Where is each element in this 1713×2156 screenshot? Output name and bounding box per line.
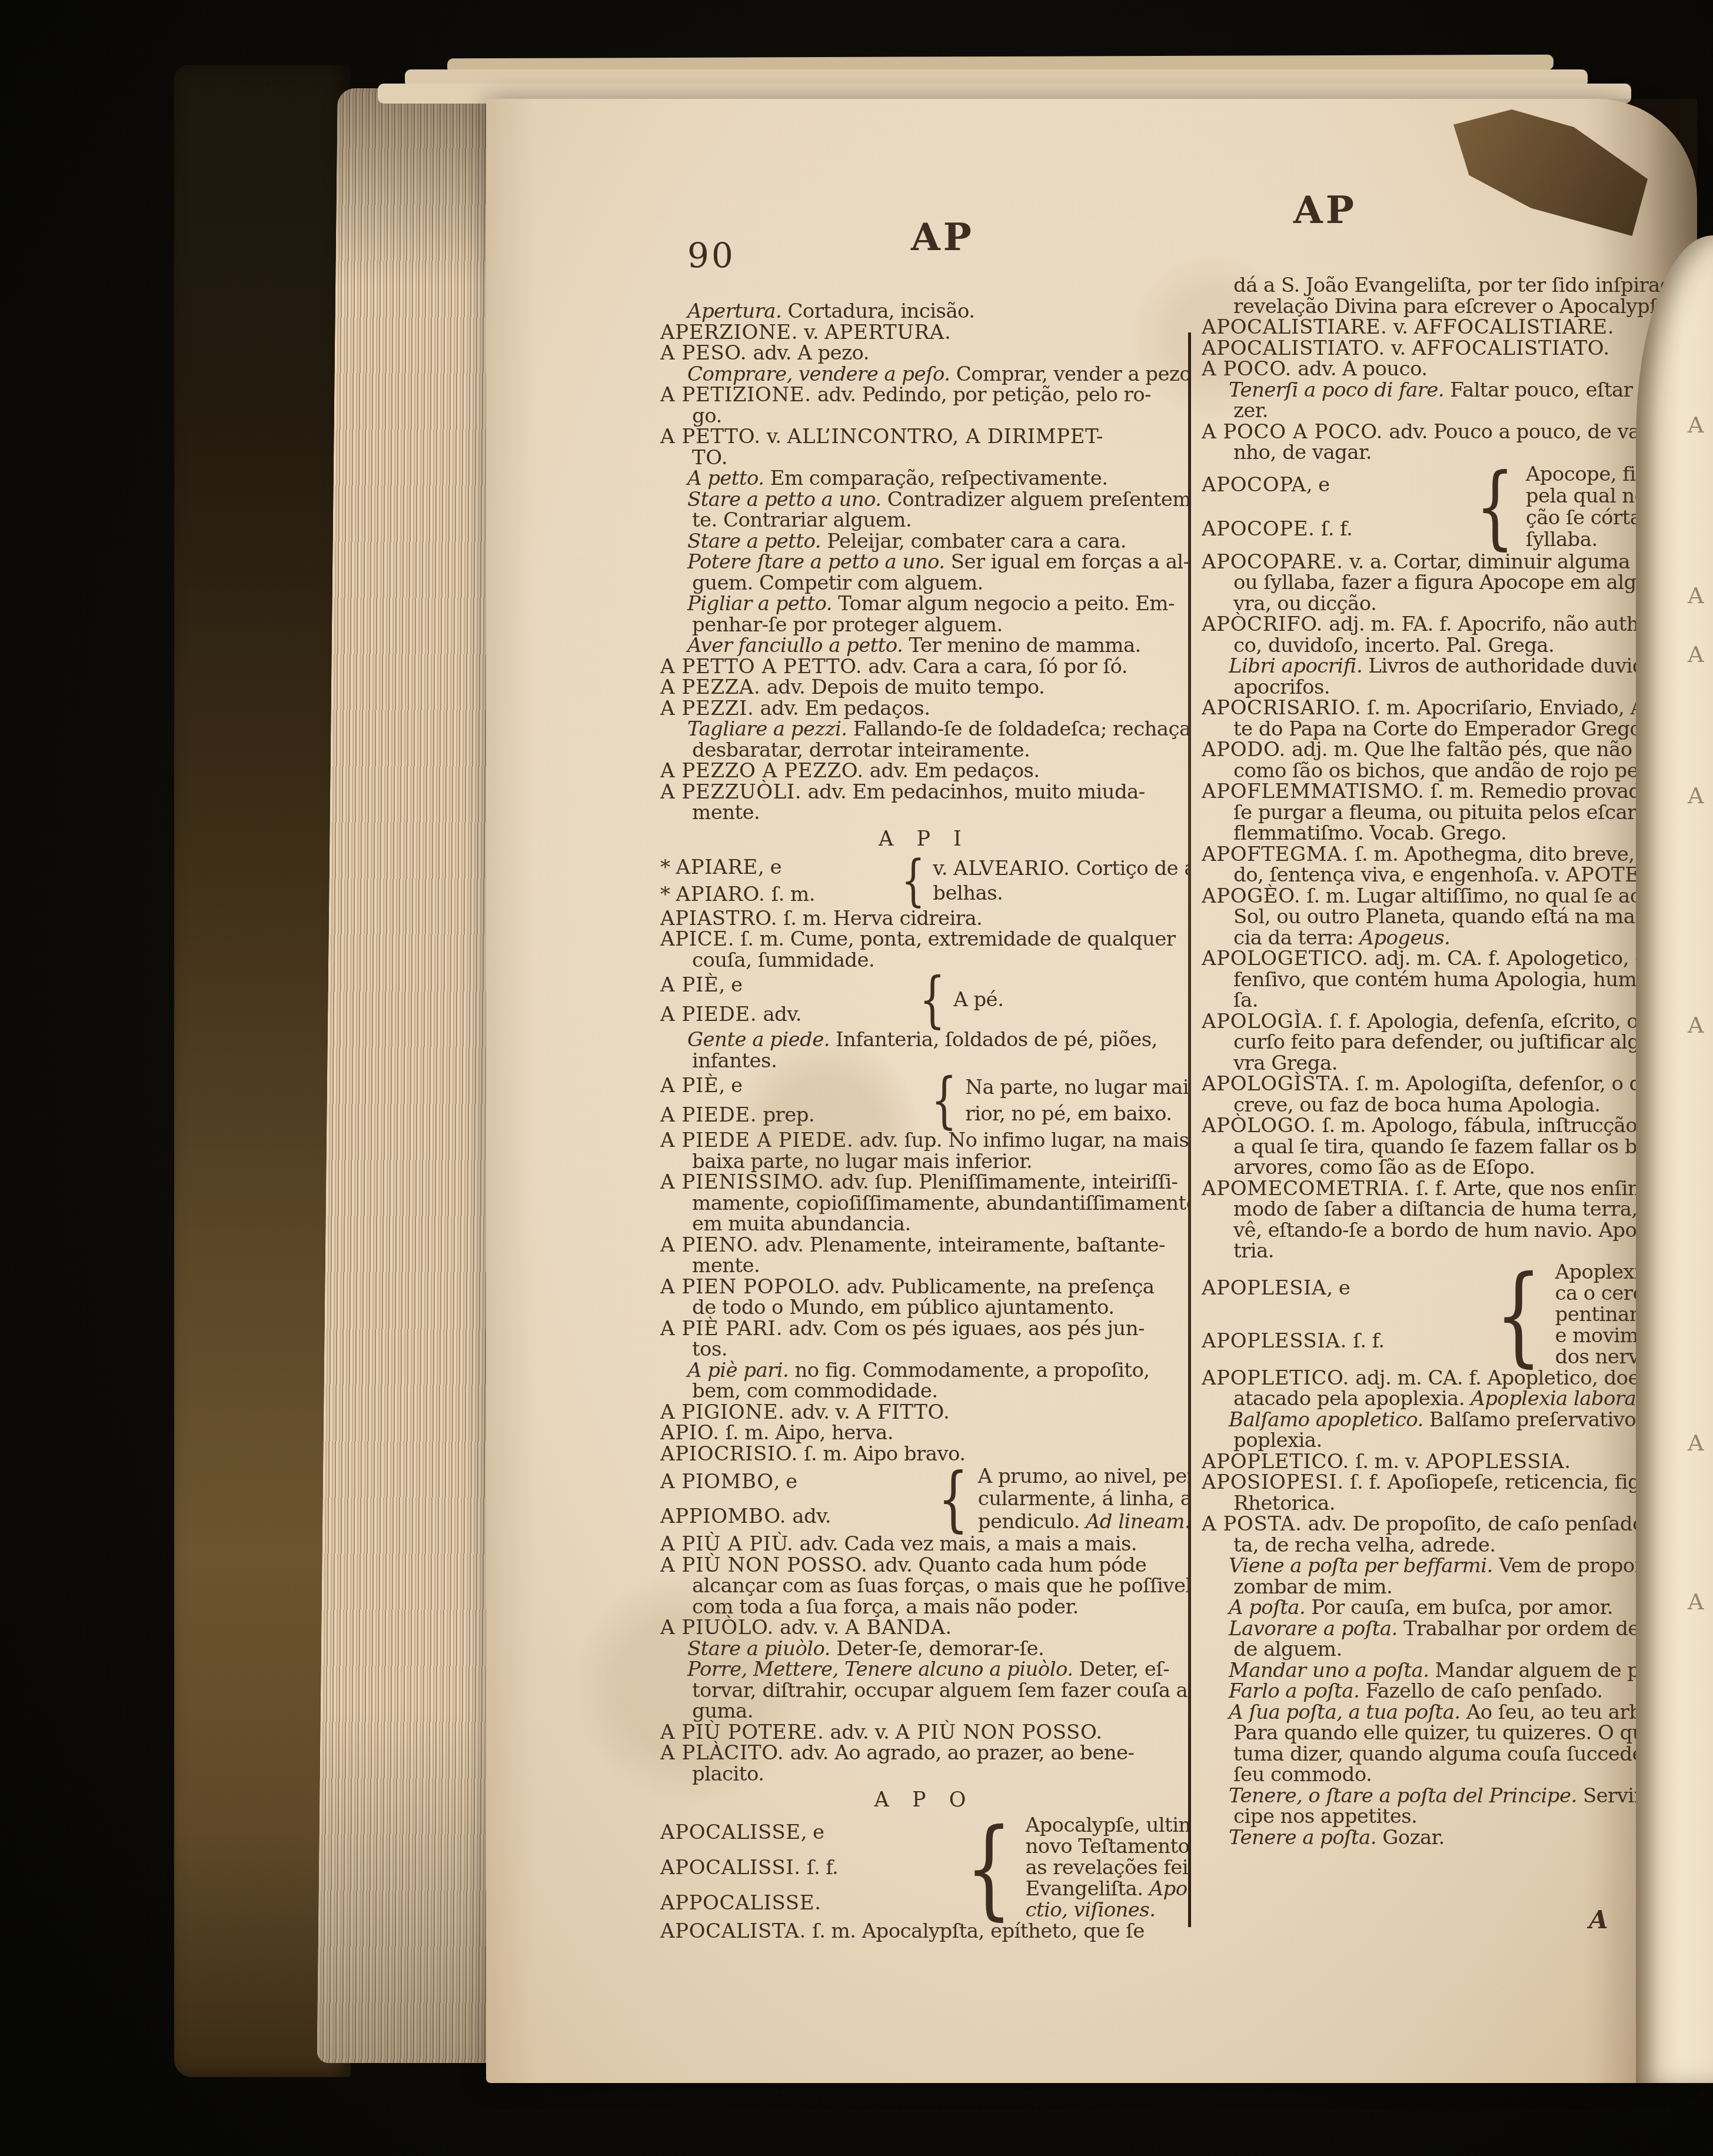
text-line: tos. <box>660 1339 1188 1360</box>
text-segment: Fazello de caſo penſado. <box>1359 1679 1602 1703</box>
text-segment: AFFOCALISTIATO. <box>1412 337 1610 360</box>
text-segment: atacado pela apoplexia. <box>1233 1387 1471 1410</box>
text-segment: A PLÀCITO. <box>660 1741 784 1765</box>
text-segment: Evangeliſta. <box>1025 1877 1149 1901</box>
text-segment: APIO. <box>660 1421 720 1445</box>
text-line: penhar-ſe por proteger alguem. <box>660 615 1188 636</box>
text-segment: de todo o Mundo, em público ajuntamento. <box>692 1296 1114 1319</box>
next-page-letters: AAAAAAA <box>1684 0 1713 2156</box>
text-segment: Peleijar, combater cara a cara. <box>821 530 1126 553</box>
text-segment: Cortadura, incisão. <box>781 301 974 323</box>
text-line: A PEZZUÒLI. adv. Em pedacinhos, muito mi… <box>660 782 1188 803</box>
text-segment: APPOCALISSE. <box>660 1891 821 1915</box>
text-segment: , e <box>774 1470 797 1493</box>
text-segment: , e <box>1326 1276 1350 1300</box>
text-segment: A PEZZI. <box>660 697 754 720</box>
text-segment: A PIÙ POTERE. <box>660 1721 824 1744</box>
text-segment: APOGÈO. <box>1202 884 1300 908</box>
text-segment: ſ. m. v. <box>1349 1450 1426 1473</box>
text-segment: Stare a piuòlo. <box>687 1637 830 1661</box>
text-segment: torvar, diſtrahir, occupar alguem ſem fa… <box>692 1679 1188 1702</box>
text-segment: ſ. f. <box>1315 517 1353 541</box>
text-line: A PIENISSIMO. adv. ſup. Pleniſſimamente,… <box>660 1172 1188 1193</box>
text-segment: A PETTO. <box>660 425 761 448</box>
text-segment: Deter-ſe, demorar-ſe. <box>830 1637 1044 1661</box>
text-segment: adv. Pedindo, por petição, pelo ro- <box>811 383 1151 407</box>
text-line: A PETTO A PETTO. adv. Cara a cara, ſó po… <box>660 657 1188 678</box>
text-segment: APERZIONE. <box>660 321 798 344</box>
text-segment: no fig. Commodamente, a propoſito, <box>789 1359 1149 1382</box>
text-line: A PETIZIONE. adv. Pedindo, por petição, … <box>660 385 1188 406</box>
text-segment: A PESO. <box>660 341 747 365</box>
text-segment: creve, ou faz de boca huma Apologia. <box>1233 1093 1601 1117</box>
text-segment: Por cauſa, em buſca, por amor. <box>1305 1596 1613 1619</box>
text-segment: APOMECOMETRIA. <box>1202 1177 1410 1200</box>
text-segment: APICE. <box>660 927 734 951</box>
text-segment: APODO. <box>1202 738 1286 761</box>
text-segment: A PIÙ NON POSSO. <box>895 1721 1102 1744</box>
text-segment: tria. <box>1233 1239 1274 1263</box>
text-segment: Em comparação, reſpectivamente. <box>764 467 1107 490</box>
text-line: mente. <box>660 803 1188 824</box>
text-line: A PIUÒLO. adv. v. A BANDA. <box>660 1618 1188 1639</box>
text-segment: v. <box>1387 315 1413 339</box>
text-line: A PIÙ A PIÙ. adv. Cada vez mais, a mais … <box>660 1534 1188 1555</box>
text-segment: Lavorare a poſta. <box>1229 1617 1398 1641</box>
text-segment: Contradizer alguem preſentemen- <box>882 488 1188 511</box>
text-segment: APOPLESSIA. <box>1426 1450 1571 1473</box>
text-segment: adv. A pouco. <box>1292 357 1427 381</box>
text-segment: Gozar. <box>1376 1826 1445 1849</box>
text-segment: A PIÈ PARI. <box>660 1317 783 1340</box>
peek-letter: A <box>1688 1430 1704 1456</box>
text-segment: adv. Depois de muito tempo. <box>760 676 1045 699</box>
text-line: Apertura. Cortadura, incisão. <box>660 301 1188 322</box>
text-segment: APOCALISTIATO. <box>1202 337 1385 360</box>
text-segment: A PEZZA. <box>660 676 760 699</box>
text-segment: v. <box>761 425 787 448</box>
text-segment: Tagliare a pezzi. <box>687 717 847 741</box>
text-segment: arvores, como ſão as de Eſopo. <box>1233 1156 1535 1179</box>
text-segment: APOPLETICO. <box>1202 1450 1349 1473</box>
text-line: Stare a petto a uno. Contradizer alguem … <box>660 490 1188 511</box>
text-line: APOCALISTA. ſ. m. Apocalypſta, epítheto,… <box>660 1921 1188 1942</box>
text-segment: adv. ſup. No infimo lugar, na mais <box>853 1129 1188 1152</box>
text-line: APERZIONE. v. APERTURA. <box>660 322 1188 344</box>
peek-letter: A <box>1688 583 1704 608</box>
text-segment: ALL’INCONTRO, A DIRIMPET- <box>787 425 1103 448</box>
text-line: desbaratar, derrotar inteiramente. <box>660 740 1188 761</box>
text-line: mente. <box>660 1256 1188 1277</box>
text-segment: A pé. <box>953 988 1003 1012</box>
text-segment: Stare a petto a uno. <box>687 488 882 511</box>
text-segment: v. <box>798 321 824 344</box>
text-segment: APOCALISTIARE. <box>1202 315 1387 339</box>
text-segment: APÒCRIFO. <box>1202 613 1323 636</box>
text-segment: Tenere a poſta. <box>1229 1826 1376 1849</box>
text-segment: A P O <box>874 1788 974 1812</box>
text-segment: em muita abundancia. <box>692 1212 911 1236</box>
text-line: infantes. <box>660 1051 1188 1072</box>
text-segment: as revelações feitas a São João <box>1025 1856 1188 1879</box>
text-segment: apocrifos. <box>1233 676 1330 699</box>
text-segment: nho, de vagar. <box>1233 441 1372 464</box>
text-segment: A PIOMBO <box>660 1470 774 1493</box>
text-segment: Potere ſtare a petto a uno. <box>687 550 945 574</box>
text-segment: A PEZZO A PEZZO. <box>660 759 864 783</box>
text-segment: Fallando-ſe de ſoldadeſca; rechaçar, <box>847 717 1188 741</box>
text-segment: Mandar uno a poſta. <box>1229 1659 1429 1682</box>
text-segment: APOCOPA <box>1202 473 1306 497</box>
text-segment: ſ. f. <box>1347 1329 1385 1353</box>
page-fore-edge-stack <box>317 88 509 2063</box>
text-segment: novo Teſtamento, que contém <box>1025 1835 1188 1858</box>
text-segment: APIARO. <box>676 883 766 906</box>
brace-entry: A PIOMBO, eAPPIOMBO. adv.{A prumo, ao ni… <box>660 1465 1188 1534</box>
text-segment: Tenerſi a poco di fare. <box>1229 378 1444 402</box>
text-segment: Tenere, o ſtare a poſta del Principe. <box>1229 1784 1577 1808</box>
text-line: A PESO. adv. A pezo. <box>660 343 1188 364</box>
text-segment: adv. A pezo. <box>747 341 869 365</box>
text-segment: adv. Em pedacinhos, muito miuda- <box>801 780 1145 804</box>
text-segment: APOFTEGMA. <box>1202 843 1349 866</box>
peek-letter: A <box>1688 641 1704 667</box>
text-line: A PIGIONE. adv. v. A FITTO. <box>660 1402 1188 1423</box>
text-segment: APOCOPE. <box>1202 517 1315 541</box>
text-line: A PIEN POPOLO. adv. Publicamente, na pre… <box>660 1277 1188 1298</box>
text-line: A PIEDE A PIEDE. adv. ſup. No infimo lug… <box>660 1130 1188 1152</box>
text-segment: alcançar com as ſuas forças, o mais que … <box>692 1574 1188 1598</box>
text-segment: adv. ſup. Pleniſſimamente, inteiriſſi- <box>824 1170 1178 1194</box>
text-line: baixa parte, no lugar mais inferior. <box>660 1152 1188 1173</box>
text-segment: adv. Quanto cada hum póde <box>867 1553 1146 1577</box>
text-segment: APOCALISSI. <box>660 1856 801 1879</box>
text-line: te. Contrariar alguem. <box>660 510 1188 531</box>
text-segment: de alguem. <box>1233 1638 1342 1661</box>
text-segment: A prumo, ao nivel, perpendi- <box>978 1465 1188 1488</box>
text-segment: A PEZZUÒLI. <box>660 780 801 804</box>
text-segment: Stare a petto. <box>687 530 821 553</box>
text-segment: placito. <box>692 1762 764 1786</box>
text-segment: Comprar, vender a pezo. <box>950 362 1188 386</box>
text-line: Stare a petto. Peleijar, combater cara a… <box>660 531 1188 553</box>
text-line: placito. <box>660 1764 1188 1785</box>
text-segment: Infanteria, ſoldados de pé, piões, <box>830 1028 1157 1052</box>
text-segment: , e <box>719 1074 743 1097</box>
text-line: guma. <box>660 1701 1188 1722</box>
text-segment: APOFLEMMATISMO. <box>1202 780 1425 803</box>
text-segment: APOCRISARIO. <box>1202 696 1361 720</box>
text-segment: APÒLOGO. <box>1202 1114 1316 1137</box>
text-line: A PIÈ PARI. adv. Com os pés iguaes, aos … <box>660 1319 1188 1340</box>
brace-glyph: { <box>1495 1261 1542 1369</box>
text-segment: do, ſentença viva, e engenhoſa. v. <box>1233 863 1566 887</box>
running-head-left: AP <box>878 215 1007 259</box>
text-segment: cipe nos appetites. <box>1233 1805 1417 1828</box>
text-segment: adv. v. <box>824 1721 895 1744</box>
text-segment: APIARE <box>676 856 758 879</box>
text-segment: Comprare, vendere a peſo. <box>687 362 950 386</box>
text-segment: , e <box>719 973 743 997</box>
text-segment: adv. <box>757 1003 801 1026</box>
text-line: torvar, diſtrahir, occupar alguem ſem fa… <box>660 1681 1188 1702</box>
text-segment: Libri apocrifi. <box>1229 654 1362 678</box>
text-segment: APIASTRO. <box>660 907 777 930</box>
text-segment: Gente a piede. <box>687 1028 830 1052</box>
text-segment: ſ. m. Cume, ponta, extremidade de qualqu… <box>734 927 1175 951</box>
text-segment: vra Grega. <box>1233 1052 1338 1075</box>
text-line: APIOCRISIO. ſ. m. Aipo bravo. <box>660 1444 1188 1465</box>
text-line: A PIÙ NON POSSO. adv. Quanto cada hum pó… <box>660 1555 1188 1576</box>
text-segment: A PIUÒLO. <box>660 1616 774 1639</box>
text-segment: Tomar algum negocio a peito. Em- <box>832 592 1175 615</box>
text-segment: APOCALISTA. <box>660 1919 806 1943</box>
text-segment: APIOCRISIO. <box>660 1442 798 1466</box>
text-segment: A POCO A POCO. <box>1202 420 1383 444</box>
text-segment: desbaratar, derrotar inteiramente. <box>692 738 1030 762</box>
text-segment: A PETIZIONE. <box>660 383 811 407</box>
text-segment: , e <box>1306 473 1330 497</box>
text-segment: A PIÈ <box>660 973 719 997</box>
text-segment: A petto. <box>687 467 764 490</box>
text-segment: APOPLETICO. <box>1202 1366 1349 1390</box>
peek-letter: A <box>1688 412 1704 438</box>
text-segment: mente. <box>692 1254 760 1277</box>
text-segment: Apertura. <box>687 301 781 323</box>
text-segment: Ad lineam. <box>1086 1510 1188 1533</box>
text-segment: adv. Cara a cara, ſó por ſó. <box>862 655 1127 678</box>
peek-letter: A <box>1688 1589 1704 1615</box>
text-segment: A PIÙ NON POSSO. <box>660 1553 867 1577</box>
text-line: guem. Competir com alguem. <box>660 573 1188 594</box>
text-segment: Pigliar a petto. <box>687 592 832 615</box>
text-segment: A ſua poſta, a tua poſta. <box>1229 1701 1461 1724</box>
text-segment: A piè pari. <box>687 1359 789 1382</box>
text-segment: Balſamo apopletico. <box>1229 1408 1423 1432</box>
text-line: A PEZZA. adv. Depois de muito tempo. <box>660 677 1188 698</box>
text-segment: Apogeus. <box>1359 926 1450 950</box>
text-segment: A PIÈ <box>660 1074 719 1097</box>
text-segment: adv. Com os pés iguaes, aos pés jun- <box>783 1317 1145 1340</box>
text-segment: rior, no pé, em baixo. <box>965 1102 1172 1126</box>
text-segment: TO. <box>692 446 728 470</box>
text-segment: guem. Competir com alguem. <box>692 571 983 595</box>
section-heading: A P O <box>660 1785 1188 1815</box>
text-line: alcançar com as ſuas forças, o mais que … <box>660 1576 1188 1597</box>
text-segment: Aver fanciullo a petto. <box>687 634 903 657</box>
text-segment: Cortiço de a- <box>1070 857 1188 880</box>
text-segment: APOLOGÌA. <box>1202 1010 1323 1033</box>
text-segment: A BANDA. <box>845 1616 952 1639</box>
text-segment: A PIENISSIMO. <box>660 1170 824 1194</box>
text-segment: infantes. <box>692 1049 777 1073</box>
text-segment: penhar-ſe por proteger alguem. <box>692 613 1003 637</box>
text-line: Potere ſtare a petto a uno. Ser igual em… <box>660 552 1188 573</box>
text-segment: Deter, eſ- <box>1073 1658 1169 1681</box>
text-line: bem, com commodidade. <box>660 1381 1188 1402</box>
text-line: Tagliare a pezzi. Fallando-ſe de ſoldade… <box>660 719 1188 740</box>
text-line: Porre, Mettere, Tenere alcuno a piuòlo. … <box>660 1659 1188 1681</box>
text-line: APIO. ſ. m. Aipo, herva. <box>660 1423 1188 1444</box>
text-segment: APOLOGÌSTA. <box>1202 1072 1350 1096</box>
text-segment: APERTURA. <box>824 321 951 344</box>
text-segment: APOLOGETICO. <box>1202 947 1369 970</box>
text-segment: zer. <box>1233 399 1268 422</box>
text-segment: adv. Ao agrado, ao prazer, ao bene- <box>784 1741 1134 1765</box>
text-segment: v. <box>1385 337 1412 360</box>
text-segment: go. <box>692 404 722 428</box>
running-head-right: AP <box>1260 188 1390 232</box>
text-segment: ſa. <box>1233 989 1258 1012</box>
text-segment: ſ. f. <box>801 1856 839 1879</box>
text-segment: APOPLESSIA. <box>1202 1329 1347 1353</box>
brace-entry: * APIARE, e* APIARO. ſ. m.{v. ALVEARIO. … <box>660 854 1188 909</box>
text-line: A petto. Em comparação, reſpectivamente. <box>660 468 1188 490</box>
text-segment: Porre, Mettere, Tenere alcuno a piuòlo. <box>687 1658 1073 1681</box>
brace-glyph: { <box>966 1814 1012 1922</box>
text-segment: ALVEARIO. <box>953 857 1070 880</box>
text-segment: couſa, ſummidade. <box>692 949 874 972</box>
brace-entry: A PIÈ, eA PIEDE. prep.{Na parte, no luga… <box>660 1072 1188 1130</box>
text-segment: ſeu commodo. <box>1233 1763 1372 1786</box>
text-segment: zombar de mim. <box>1233 1575 1392 1599</box>
text-line: TO. <box>660 448 1188 469</box>
text-segment: pendiculo. <box>978 1510 1086 1533</box>
text-line: A PEZZO A PEZZO. adv. Em pedaços. <box>660 761 1188 782</box>
text-segment: baixa parte, no lugar mais inferior. <box>692 1150 1032 1173</box>
brace-glyph: { <box>938 1464 969 1535</box>
text-segment: adv. Em pedaços. <box>754 697 930 720</box>
text-segment: APOCALISSE <box>660 1821 801 1844</box>
text-segment: , e <box>801 1821 824 1844</box>
text-segment: com toda a ſua força, a mais não poder. <box>692 1595 1079 1619</box>
text-segment: Ter menino de mamma. <box>903 634 1141 657</box>
brace-entry: A PIÈ, eA PIEDE. adv.{A pé. <box>660 971 1188 1030</box>
text-segment: A PIENO. <box>660 1233 759 1257</box>
text-segment: A PIEDE. <box>660 1103 757 1127</box>
text-segment: , e <box>758 856 781 879</box>
text-segment: adv. <box>786 1505 831 1528</box>
column-divider-rule <box>1188 332 1191 1927</box>
page-number: 90 <box>687 235 736 275</box>
text-segment: adv. v. <box>774 1616 845 1639</box>
text-segment: adv. v. <box>785 1400 856 1424</box>
text-segment: APOCOPARE. <box>1202 550 1343 574</box>
text-segment: Ser igual em forças a al- <box>945 550 1188 574</box>
text-segment: Na parte, no lugar mais infe- <box>965 1076 1188 1099</box>
text-line: Comprare, vendere a peſo. Comprar, vende… <box>660 364 1188 385</box>
text-segment: adv. Publicamente, na preſença <box>840 1275 1154 1299</box>
text-segment: mamente, copioſiſſimamente, abundantiſſi… <box>692 1192 1188 1215</box>
text-segment: Apocalypſis, dete- <box>1149 1877 1188 1901</box>
text-line: go. <box>660 406 1188 427</box>
brace-entry: APOCALISSE, eAPOCALISSI. ſ. f.APPOCALISS… <box>660 1815 1188 1921</box>
text-line: A piè pari. no fig. Commodamente, a prop… <box>660 1360 1188 1382</box>
text-segment: A PIGIONE. <box>660 1400 785 1424</box>
text-segment: poplexia. <box>1233 1429 1322 1452</box>
text-segment: vra, ou dicção. <box>1233 592 1376 615</box>
text-segment: prep. <box>757 1103 814 1127</box>
text-segment: APOPLESIA <box>1202 1276 1326 1300</box>
text-segment: A PIEN POPOLO. <box>660 1275 840 1299</box>
text-segment: belhas. <box>933 881 1003 905</box>
text-segment: Farlo a poſta. <box>1229 1679 1359 1703</box>
brace-glyph: { <box>1475 463 1514 553</box>
text-segment: A POSTA. <box>1202 1512 1302 1536</box>
text-segment: ta, de recha velha, adrede. <box>1233 1533 1496 1557</box>
text-segment: v. <box>933 857 953 880</box>
book-scan: 90 AP AP Apertura. Cortadura, incisão.AP… <box>0 0 1713 2156</box>
text-segment: * <box>660 856 676 879</box>
peek-letter: A <box>1688 1012 1704 1038</box>
text-line: em muita abundancia. <box>660 1214 1188 1235</box>
text-segment: A PIÙ A PIÙ. <box>660 1532 793 1556</box>
text-line: com toda a ſua força, a mais não poder. <box>660 1597 1188 1618</box>
text-segment: cia da terra: <box>1233 926 1359 950</box>
text-segment: A P I <box>879 827 970 851</box>
text-segment: cularmente, á linha, ao per- <box>978 1487 1188 1510</box>
text-segment: A POCO. <box>1202 357 1292 381</box>
text-segment: A PIEDE A PIEDE. <box>660 1129 853 1152</box>
text-line: Pigliar a petto. Tomar algum negocio a p… <box>660 594 1188 615</box>
brace-glyph: { <box>901 854 924 909</box>
text-segment: co, duvidoſo, incerto. Pal. Grega. <box>1233 634 1554 657</box>
text-line: APICE. ſ. m. Cume, ponta, extremidade de… <box>660 929 1188 950</box>
text-segment: A poſta. <box>1229 1596 1305 1619</box>
text-segment: Rhetorica. <box>1233 1492 1335 1515</box>
text-line: A PIÙ POTERE. adv. v. A PIÙ NON POSSO. <box>660 1722 1188 1744</box>
text-line: Aver fanciullo a petto. Ter menino de ma… <box>660 636 1188 657</box>
text-line: A PETTO. v. ALL’INCONTRO, A DIRIMPET- <box>660 427 1188 448</box>
text-segment: ſ. m. Herva cidreira. <box>777 907 982 930</box>
text-segment: * <box>660 883 676 906</box>
text-segment: A PIEDE. <box>660 1003 757 1026</box>
text-segment: Viene a poſta per beffarmi. <box>1229 1554 1493 1578</box>
text-segment: adv. Em pedaços. <box>864 759 1040 783</box>
text-line: A PIENO. adv. Plenamente, inteiramente, … <box>660 1235 1188 1256</box>
brace-glyph: { <box>919 970 945 1030</box>
text-segment: Apocalypſe, ultimo livro do <box>1025 1814 1188 1837</box>
peek-letter: A <box>1688 783 1704 808</box>
text-segment: A FITTO. <box>856 1400 950 1424</box>
text-line: A PEZZI. adv. Em pedaços. <box>660 698 1188 720</box>
left-column: Apertura. Cortadura, incisão.APERZIONE. … <box>660 301 1188 1978</box>
text-segment: tos. <box>692 1337 727 1361</box>
text-segment: ſ. m. Aipo, herva. <box>720 1421 893 1445</box>
text-segment: bem, com commodidade. <box>692 1379 938 1403</box>
text-line: Stare a piuòlo. Deter-ſe, demorar-ſe. <box>660 1639 1188 1660</box>
text-line: de todo o Mundo, em público ajuntamento. <box>660 1297 1188 1319</box>
text-segment: guma. <box>692 1699 753 1723</box>
text-segment: te. Contrariar alguem. <box>692 508 912 532</box>
text-segment: ctio, viſiones. <box>1025 1898 1155 1922</box>
text-segment: APOSIOPESI. <box>1202 1470 1344 1494</box>
text-segment: adv. Plenamente, inteiramente, baſtante- <box>759 1233 1165 1257</box>
text-segment: mente. <box>692 801 760 824</box>
text-segment: APPIOMBO. <box>660 1505 786 1528</box>
text-line: mamente, copioſiſſimamente, abundantiſſi… <box>660 1193 1188 1215</box>
text-segment: A PETTO A PETTO. <box>660 655 862 678</box>
text-segment: ſ. m. <box>766 883 815 906</box>
brace-glyph: { <box>931 1071 957 1131</box>
text-segment: flemmatiſmo. Vocab. Grego. <box>1233 821 1506 845</box>
text-line: A PLÀCITO. adv. Ao agrado, ao prazer, ao… <box>660 1743 1188 1764</box>
